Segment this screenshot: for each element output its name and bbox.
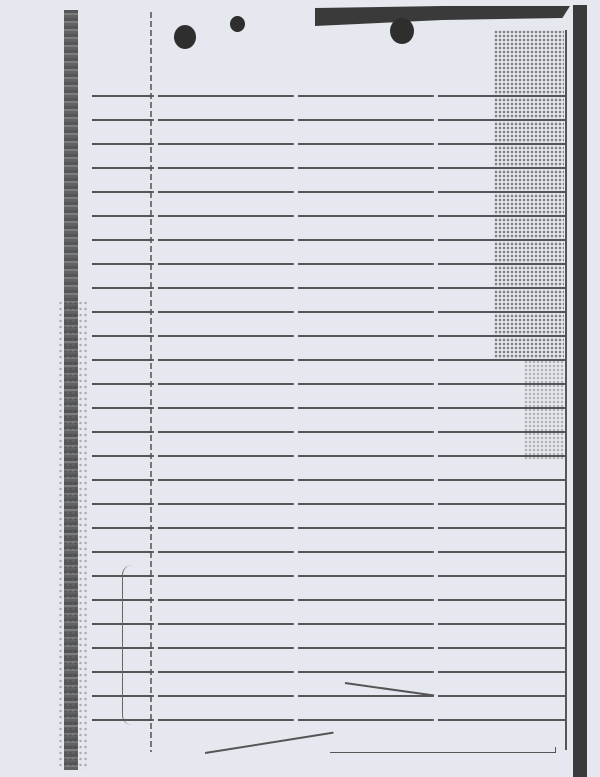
ruled-line — [92, 311, 565, 313]
pencil-mark — [122, 565, 137, 725]
punch-hole — [390, 18, 414, 44]
ruled-line — [92, 407, 565, 409]
ruled-line — [92, 167, 565, 169]
paper-fold-edge — [330, 747, 556, 753]
paper-right-edge — [565, 30, 567, 750]
ruled-line — [92, 431, 565, 433]
right-edge-shadow — [573, 5, 587, 777]
ruled-line — [92, 191, 565, 193]
pencil-mark — [205, 732, 334, 754]
ruled-line — [92, 695, 565, 697]
top-edge-shadow — [315, 6, 570, 26]
punch-hole — [230, 16, 245, 32]
ruled-line — [92, 479, 565, 481]
ruled-line — [92, 263, 565, 265]
ruled-line — [92, 287, 565, 289]
ruled-line — [92, 503, 565, 505]
ruled-line — [92, 239, 565, 241]
ruled-line — [92, 671, 565, 673]
ruled-line — [92, 647, 565, 649]
ruled-line — [92, 95, 565, 97]
punch-hole — [174, 25, 196, 49]
scanned-lined-page — [0, 0, 600, 777]
ruled-line — [92, 455, 565, 457]
ruled-line — [92, 335, 565, 337]
toner-smudge — [524, 360, 564, 460]
ruled-line — [92, 215, 565, 217]
ruled-line — [92, 599, 565, 601]
pencil-mark — [345, 682, 434, 696]
ruled-line — [92, 551, 565, 553]
scan-noise-left — [58, 300, 88, 770]
ruled-line — [92, 383, 565, 385]
ruled-line — [92, 527, 565, 529]
margin-line — [150, 12, 152, 752]
ruled-line — [92, 359, 565, 361]
ruled-line — [92, 719, 565, 721]
ruled-line — [92, 623, 565, 625]
ruled-line — [92, 143, 565, 145]
ruled-line — [92, 575, 565, 577]
ruled-line — [92, 119, 565, 121]
